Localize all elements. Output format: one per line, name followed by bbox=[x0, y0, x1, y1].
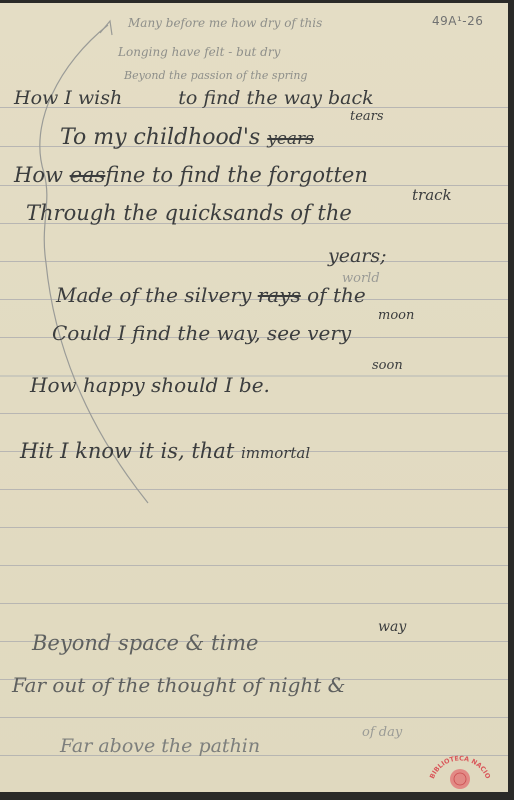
verse-text: To my childhood's bbox=[60, 125, 260, 150]
verse-line-1: How I wish to find the way back bbox=[14, 87, 374, 109]
struck-word: eas bbox=[70, 163, 106, 187]
struck-word: years bbox=[267, 129, 314, 149]
insertion: way bbox=[378, 619, 406, 635]
insertion: tears bbox=[350, 109, 384, 124]
verse-line-8: How happy should I be. bbox=[30, 373, 270, 397]
insertion: soon bbox=[372, 358, 403, 373]
struck-word: rays bbox=[258, 283, 301, 307]
verse-text: How bbox=[14, 163, 63, 187]
verse-line-6: Made of the silvery rays of the bbox=[56, 283, 366, 307]
manuscript-page: 49A¹-26 Many before me how dry of this L… bbox=[0, 3, 508, 792]
verse-line-3: How easfine to find the forgotten bbox=[14, 163, 368, 187]
insertion: immortal bbox=[241, 444, 310, 462]
pencil-note-line: Longing have felt - but dry bbox=[118, 45, 280, 59]
verse-line-4: Through the quicksands of the bbox=[26, 201, 352, 225]
insertion: track bbox=[412, 186, 452, 204]
insertion: of day bbox=[362, 725, 402, 740]
verse-line-5: years; bbox=[328, 245, 387, 267]
pencil-note-line: Many before me how dry of this bbox=[128, 16, 322, 30]
verse-line-11: Far out of the thought of night & bbox=[12, 673, 345, 697]
verse-line-12: Far above the pathin bbox=[60, 735, 260, 757]
verse-text: Made of the silvery bbox=[56, 283, 251, 307]
insertion: moon bbox=[378, 308, 414, 323]
verse-text: fine to find the forgotten bbox=[105, 163, 367, 187]
verse-text: of the bbox=[307, 283, 366, 307]
verse-line-10: Beyond space & time bbox=[32, 631, 258, 655]
verse-text: to find the way back bbox=[178, 87, 373, 109]
verse-text: Hit I know it is, that bbox=[20, 439, 234, 463]
verse-text: How I wish bbox=[14, 87, 122, 109]
verse-line-2: To my childhood's years bbox=[60, 125, 314, 150]
reference-number: 49A¹-26 bbox=[432, 14, 483, 28]
pencil-note-line: Beyond the passion of the spring bbox=[124, 69, 307, 82]
library-stamp-icon: BIBLIOTECA NACIONAL bbox=[425, 741, 495, 792]
verse-line-7: Could I find the way, see very bbox=[52, 321, 351, 345]
verse-line-9: Hit I know it is, that immortal bbox=[20, 439, 310, 463]
